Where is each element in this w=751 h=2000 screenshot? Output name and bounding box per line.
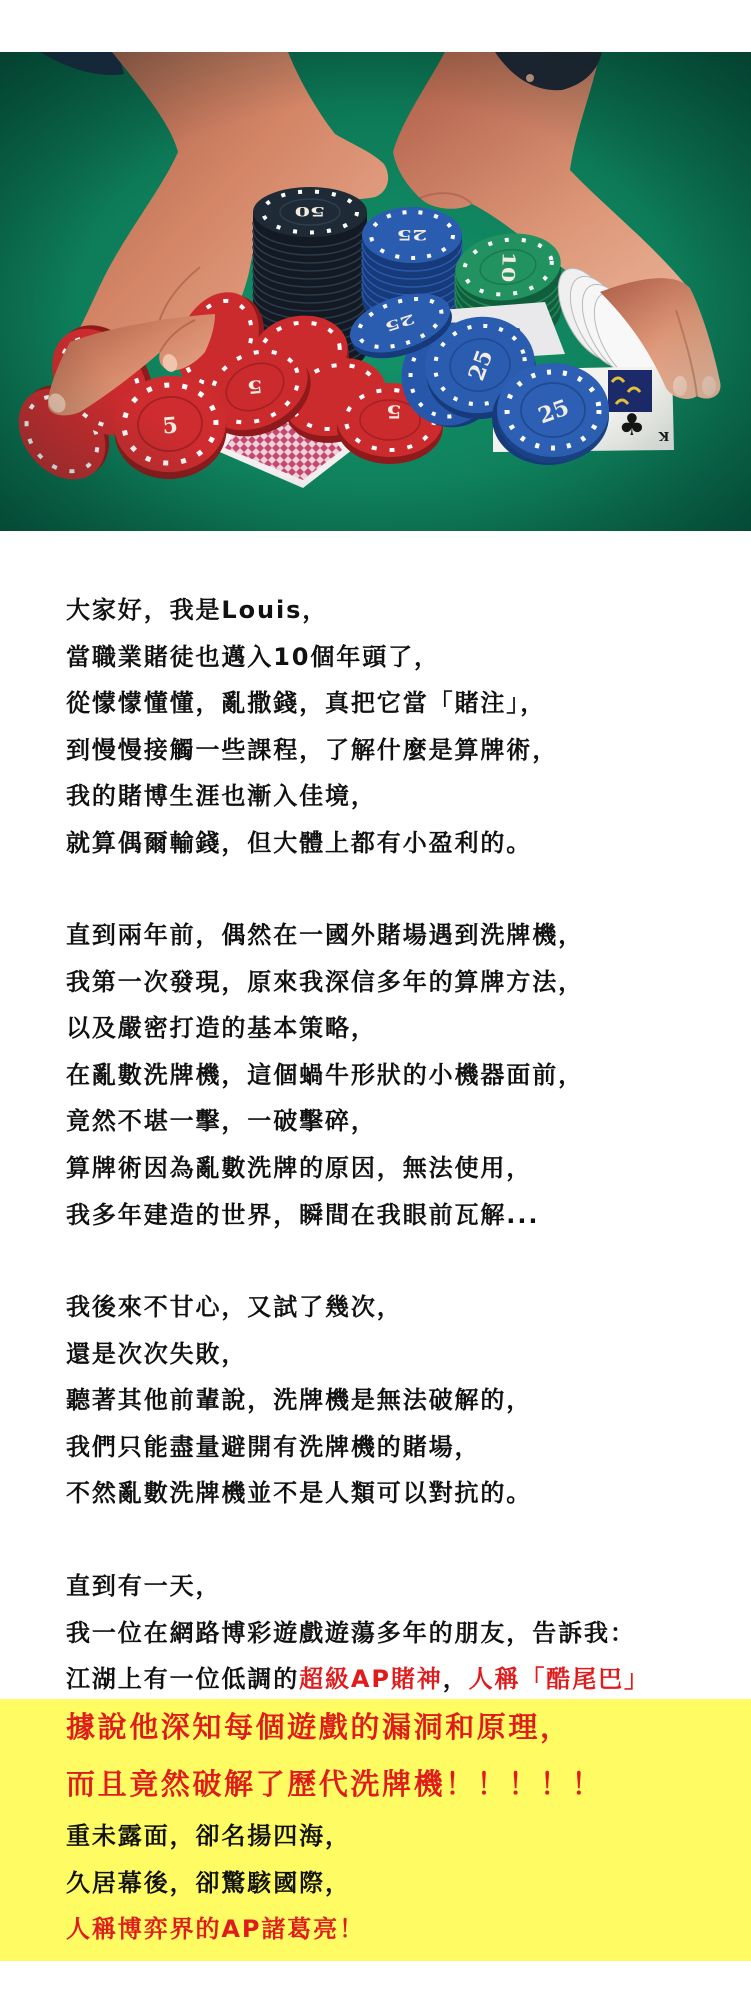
highlight-line-large: 而且竟然破解了歷代洗牌機！！！！！ [66,1756,603,1813]
highlight-line-large: 據說他深知每個遊戲的漏洞和原理， [66,1699,603,1756]
paragraph-failures: 我後來不甘心，又試了幾次， 還是次次失敗， 聽著其他前輩說，洗牌機是無法破解的，… [66,1284,532,1517]
text-segment: ， [443,1665,469,1693]
highlight-line: 久居幕後，卻驚駭國際， [66,1860,603,1907]
article-line: 還是次次失敗， [66,1331,532,1378]
article-line: 就算偶爾輸錢，但大體上都有小盈利的。 [66,820,558,867]
article-line: 不然亂數洗牌機並不是人類可以對抗的。 [66,1470,532,1517]
article-page: 50 25 10 [0,0,751,2000]
article-line: 直到有一天， [66,1563,650,1610]
highlight-text-super-ap-god: 超級AP賭神 [299,1665,443,1693]
article-line: 我的賭博生涯也漸入佳境， [66,773,558,820]
paragraph-shuffler-encounter: 直到兩年前，偶然在一國外賭場遇到洗牌機， 我第一次發現，原來我深信多年的算牌方法… [66,912,584,1238]
article-line: 我多年建造的世界，瞬間在我眼前瓦解... [66,1192,584,1239]
photo-vignette [0,52,751,531]
highlight-line-red: 人稱博弈界的AP諸葛亮！ [66,1906,603,1953]
paragraph-intro: 大家好，我是Louis， 當職業賭徒也邁入10個年頭了， 從懞懞懂懂，亂撒錢，真… [66,587,558,867]
article-line-mixed: 江湖上有一位低調的超級AP賭神，人稱「酷尾巴」 [66,1656,650,1703]
article-line: 竟然不堪一擊，一破擊碎， [66,1098,584,1145]
paragraph-turning-point: 直到有一天， 我一位在網路博彩遊戲遊蕩多年的朋友，告訴我： 江湖上有一位低調的超… [66,1563,650,1703]
article-line: 直到兩年前，偶然在一國外賭場遇到洗牌機， [66,912,584,959]
article-line: 大家好，我是Louis， [66,587,558,634]
article-line: 從懞懞懂懂，亂撒錢，真把它當「賭注」， [66,680,558,727]
highlight-box-content: 據說他深知每個遊戲的漏洞和原理， 而且竟然破解了歷代洗牌機！！！！！ 重未露面，… [66,1699,603,1953]
article-line: 我們只能盡量避開有洗牌機的賭場， [66,1424,532,1471]
highlight-line: 重未露面，卻名揚四海， [66,1813,603,1860]
article-line: 以及嚴密打造的基本策略， [66,1005,584,1052]
text-segment: 江湖上有一位低調的 [66,1665,299,1693]
article-line: 聽著其他前輩說，洗牌機是無法破解的， [66,1377,532,1424]
article-line: 到慢慢接觸一些課程，了解什麼是算牌術， [66,727,558,774]
article-line: 我後來不甘心，又試了幾次， [66,1284,532,1331]
article-line: 算牌術因為亂數洗牌的原因，無法使用， [66,1145,584,1192]
article-line: 我一位在網路博彩遊戲遊蕩多年的朋友，告訴我： [66,1610,650,1657]
article-line: 當職業賭徒也邁入10個年頭了， [66,634,558,681]
highlight-box: 據說他深知每個遊戲的漏洞和原理， 而且竟然破解了歷代洗牌機！！！！！ 重未露面，… [0,1699,751,1961]
article-line: 我第一次發現，原來我深信多年的算牌方法， [66,959,584,1006]
article-line: 在亂數洗牌機，這個蝸牛形狀的小機器面前， [66,1052,584,1099]
hero-photo: 50 25 10 [0,52,751,531]
highlight-text-nickname: 人稱「酷尾巴」 [469,1665,650,1693]
